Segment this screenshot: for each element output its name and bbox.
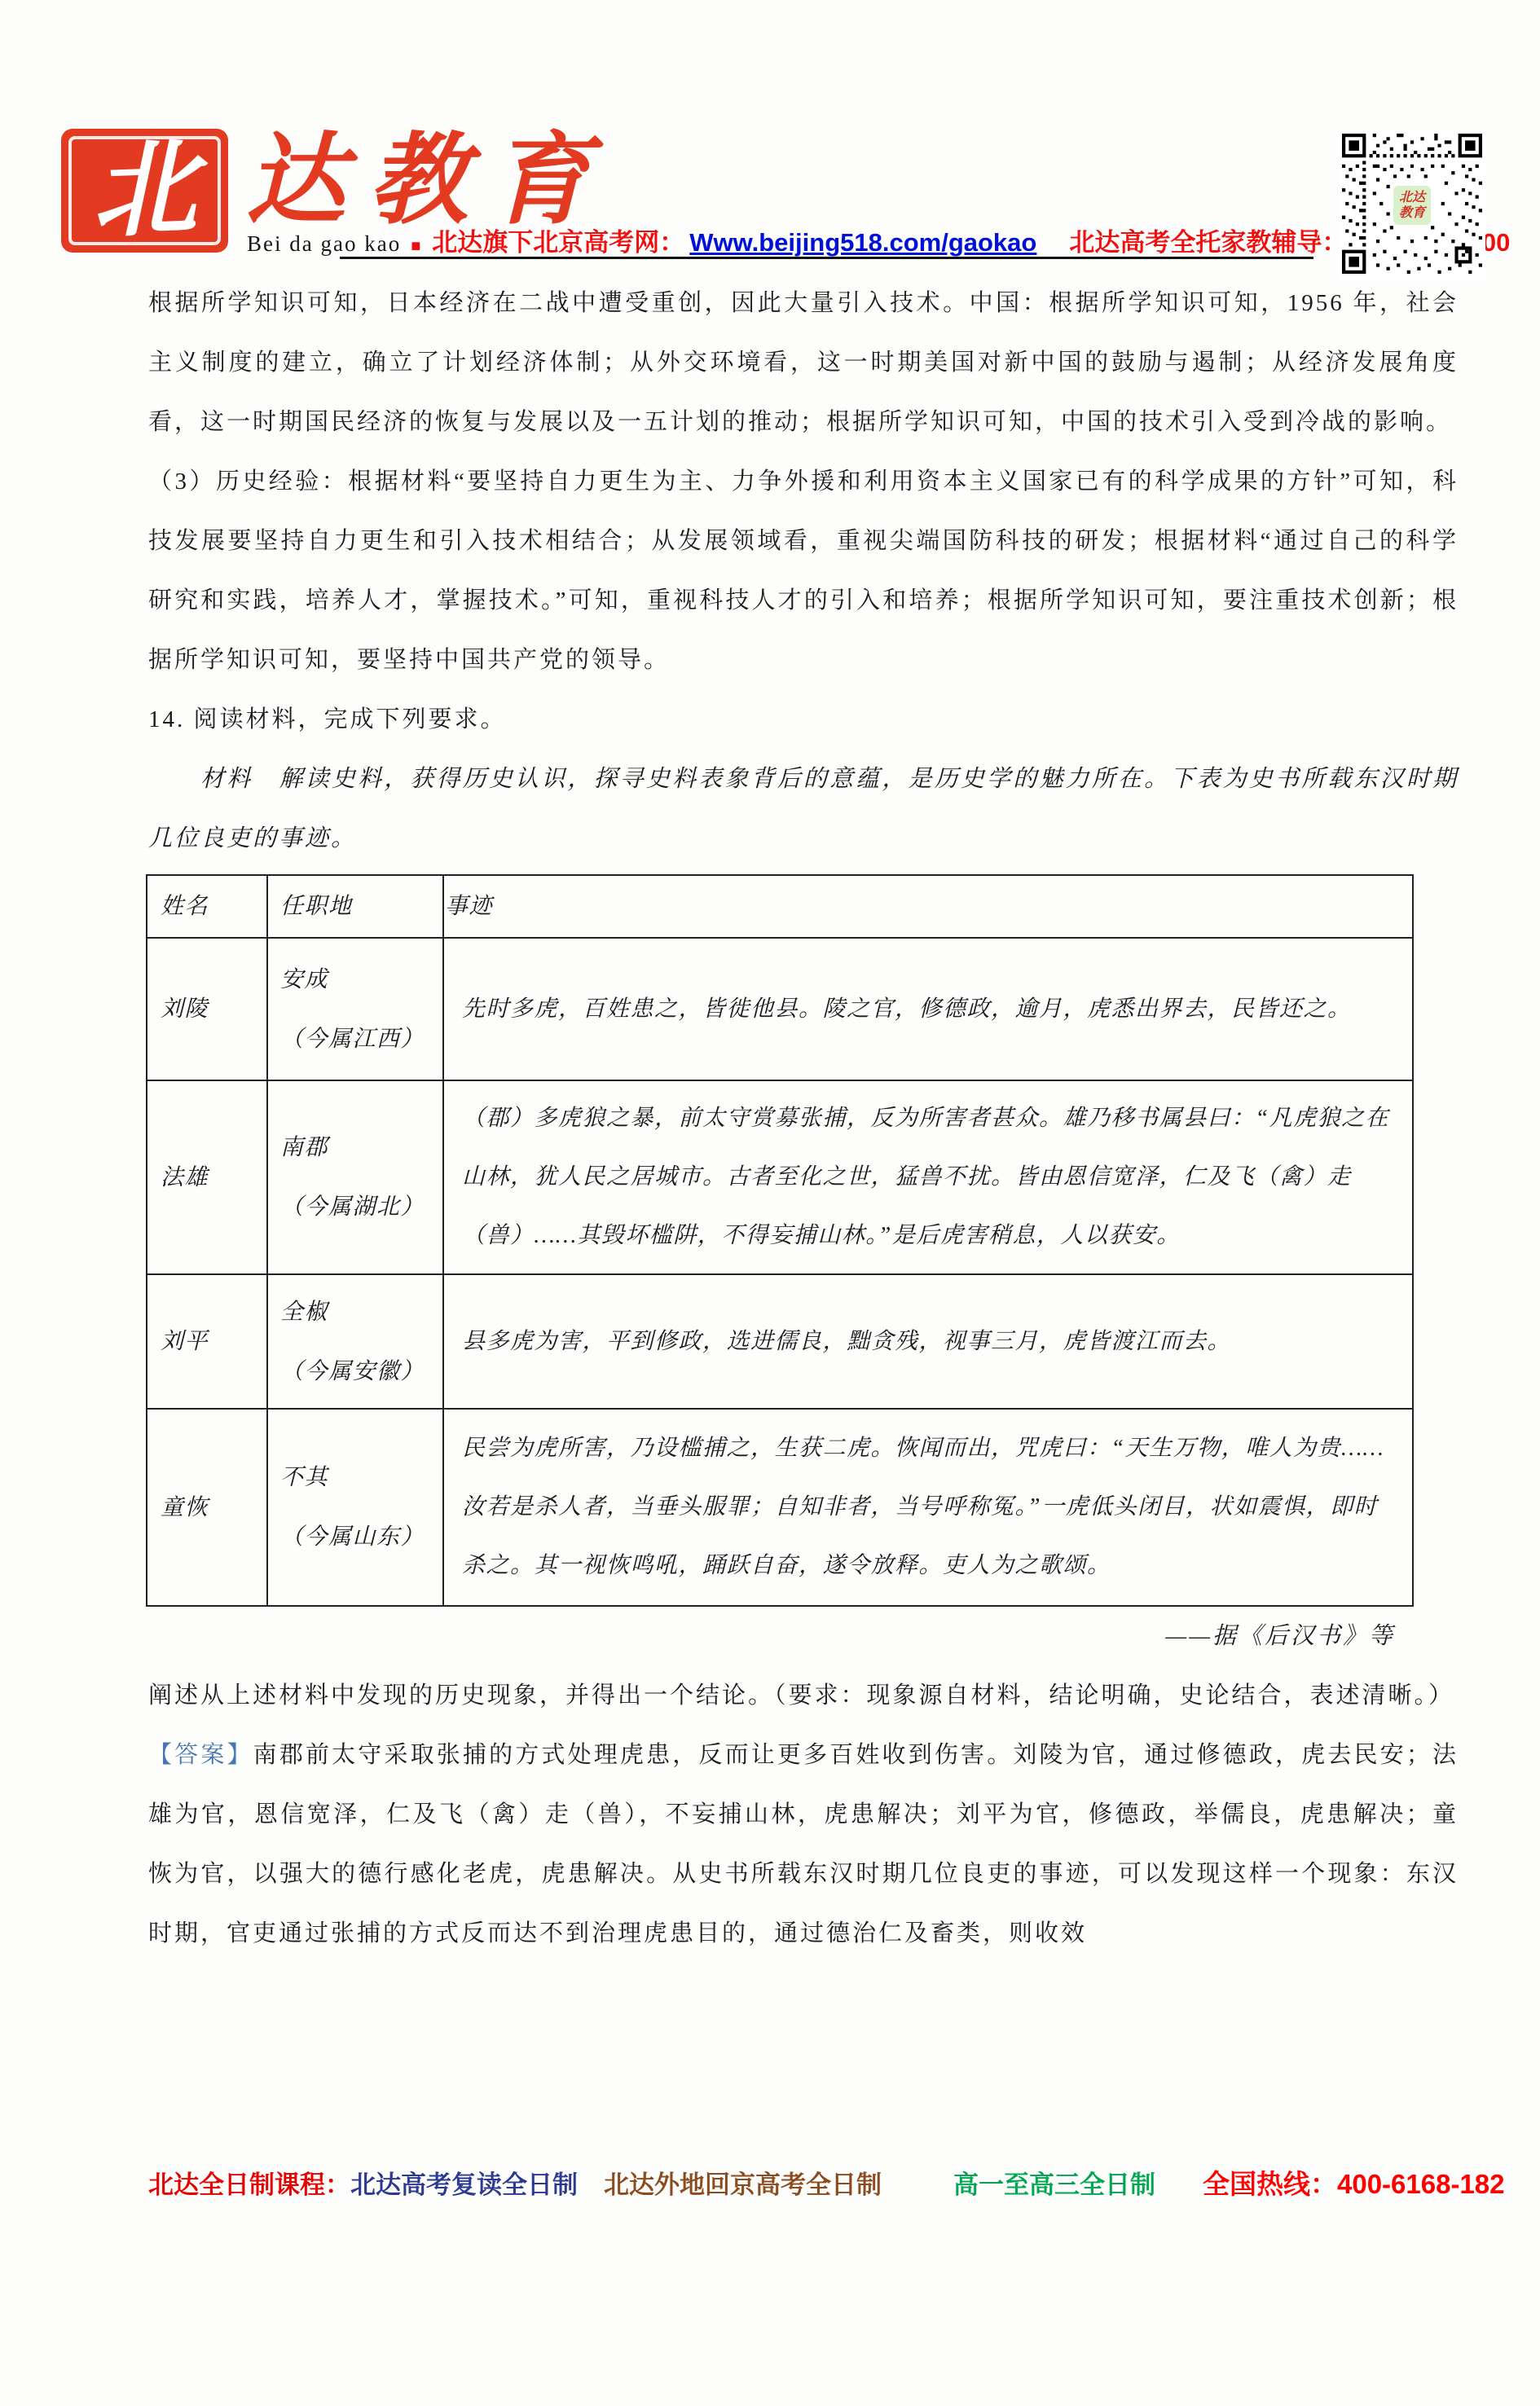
material-intro: 材料 解读史料，获得历史认识，探寻史料表象背后的意蕴，是历史学的魅力所在。下表为…: [148, 750, 1459, 869]
table-source-attribution: ——据《后汉书》等: [148, 1607, 1459, 1666]
col-header-place: 任职地: [267, 875, 443, 938]
footer-hotline: 全国热线：400-6168-182: [1203, 2163, 1505, 2201]
paragraph-answer-13-continued: 根据所学知识可知，日本经济在二战中遭受重创，因此大量引入技术。中国：根据所学知识…: [148, 274, 1459, 452]
question-14-heading: 14. 阅读材料，完成下列要求。: [148, 690, 1459, 750]
official-name: 刘平: [147, 1274, 267, 1409]
document-body: 根据所学知识可知，日本经济在二战中遭受重创，因此大量引入技术。中国：根据所学知识…: [148, 274, 1459, 1964]
qr-code: 北达 教育: [1339, 130, 1485, 280]
qr-center-label: 北达 教育: [1393, 186, 1431, 225]
answer-label: 【答案】: [148, 1742, 253, 1768]
tutor-label: 北达高考全托家教辅导：: [1069, 222, 1347, 258]
document-page: 北 达教育 Bei da gao kao ■ 北达旗下北京高考网： Www.be…: [0, 0, 1540, 2406]
red-square-icon: ■: [411, 237, 420, 256]
official-place: 不其 （今属山东）: [267, 1409, 443, 1606]
official-place: 南郡 （今属湖北）: [267, 1080, 443, 1274]
footer-course-label: 北达全日制课程：: [148, 2164, 350, 2201]
col-header-deeds: 事迹: [443, 875, 1413, 938]
official-deeds: 县多虎为害，平到修政，选进儒良，黜贪残，视事三月，虎皆渡江而去。: [443, 1274, 1413, 1409]
col-header-name: 姓名: [147, 875, 267, 938]
table-row: 法雄 南郡 （今属湖北） （郡）多虎狼之暴，前太守赏募张捕，反为所害者甚众。雄乃…: [147, 1080, 1413, 1274]
answer-text: 南郡前太守采取张捕的方式处理虎患，反而让更多百姓收到伤害。刘陵为官，通过修德政，…: [148, 1742, 1459, 1946]
table-row: 刘平 全椒 （今属安徽） 县多虎为害，平到修政，选进儒良，黜贪残，视事三月，虎皆…: [147, 1274, 1413, 1409]
header-info-line: Bei da gao kao ■ 北达旗下北京高考网： Www.beijing5…: [247, 222, 1331, 258]
table-header-row: 姓名 任职地 事迹: [147, 875, 1413, 938]
brand-seal-logo: 北: [61, 129, 228, 253]
official-name: 刘陵: [147, 938, 267, 1080]
official-name: 童恢: [147, 1409, 267, 1606]
official-deeds: （郡）多虎狼之暴，前太守赏募张捕，反为所害者甚众。雄乃移书属县曰：“凡虎狼之在山…: [443, 1080, 1413, 1274]
official-deeds: 民尝为虎所害，乃设槛捕之，生获二虎。恢闻而出，咒虎曰：“天生万物，唯人为贵……汝…: [443, 1409, 1413, 1606]
footer-program-fudu: 北达高考复读全日制: [350, 2164, 578, 2201]
site-url-link[interactable]: Www.beijing518.com/gaokao: [689, 228, 1036, 257]
footer-program-gaoyi: 高一至高三全日制: [953, 2164, 1155, 2201]
task-requirements: 阐述从上述材料中发现的历史现象，并得出一个结论。（要求：现象源自材料，结论明确，…: [148, 1666, 1459, 1726]
site-label: 北达旗下北京高考网：: [432, 222, 684, 258]
brand-pinyin: Bei da gao kao: [247, 231, 401, 257]
table-row: 童恢 不其 （今属山东） 民尝为虎所害，乃设槛捕之，生获二虎。恢闻而出，咒虎曰：…: [147, 1409, 1413, 1606]
header-divider: [340, 257, 1313, 259]
official-name: 法雄: [147, 1080, 267, 1274]
footer: 北达全日制课程： 北达高考复读全日制 北达外地回京高考全日制 高一至高三全日制 …: [148, 2163, 1493, 2201]
answer-paragraph: 【答案】南郡前太守采取张捕的方式处理虎患，反而让更多百姓收到伤害。刘陵为官，通过…: [148, 1726, 1459, 1964]
official-place: 安成 （今属江西）: [267, 938, 443, 1080]
paragraph-answer-13-part3: （3）历史经验：根据材料“要坚持自力更生为主、力争外援和利用资本主义国家已有的科…: [148, 452, 1459, 690]
official-place: 全椒 （今属安徽）: [267, 1274, 443, 1409]
table-row: 刘陵 安成 （今属江西） 先时多虎，百姓患之，皆徙他县。陵之官，修德政，逾月，虎…: [147, 938, 1413, 1080]
official-deeds: 先时多虎，百姓患之，皆徙他县。陵之官，修德政，逾月，虎悉出界去，民皆还之。: [443, 938, 1413, 1080]
footer-program-waidi: 北达外地回京高考全日制: [604, 2164, 882, 2201]
seal-character: 北: [90, 137, 198, 244]
officials-table: 姓名 任职地 事迹 刘陵 安成 （今属江西） 先时多虎，百姓患之，皆徙他县。陵之…: [146, 874, 1414, 1607]
